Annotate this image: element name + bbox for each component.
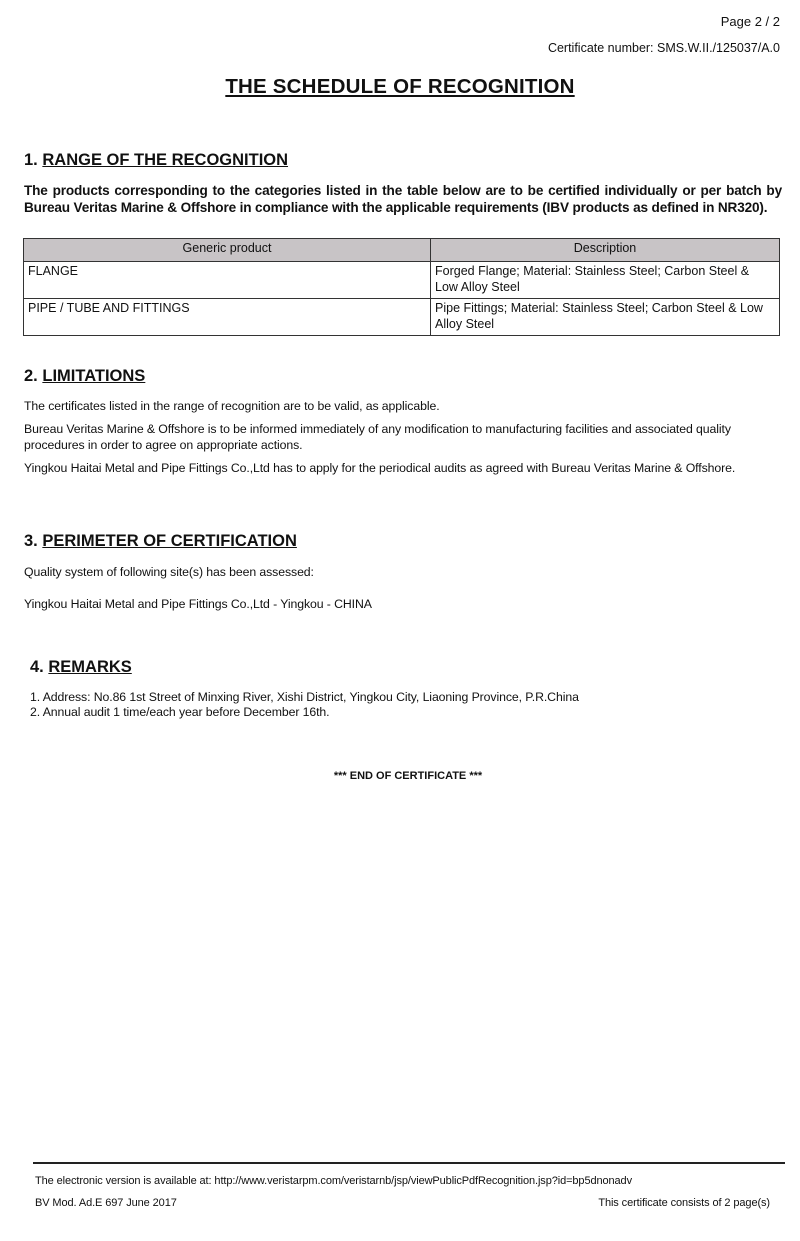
section-4-number: 4. [30,658,48,676]
cell-description: Forged Flange; Material: Stainless Steel… [431,262,780,299]
table-header-row: Generic product Description [24,239,780,262]
column-header-generic-product: Generic product [24,239,431,262]
footer-divider [33,1162,785,1164]
section-1-number: 1. [24,151,42,169]
section-4-title: REMARKS [48,658,131,676]
section-2-heading: 2. LIMITATIONS [24,367,145,386]
cell-generic-product: FLANGE [24,262,431,299]
remark-item: 2. Annual audit 1 time/each year before … [30,705,790,720]
page-count-note: This certificate consists of 2 page(s) [598,1197,770,1209]
section-1-title: RANGE OF THE RECOGNITION [42,151,288,169]
page-number: Page 2 / 2 [721,14,780,29]
form-reference: BV Mod. Ad.E 697 June 2017 [35,1197,177,1209]
section-3-heading: 3. PERIMETER OF CERTIFICATION [24,532,297,551]
column-header-description: Description [431,239,780,262]
section-3-title: PERIMETER OF CERTIFICATION [42,532,297,550]
section-4-heading: 4. REMARKS [30,658,132,677]
section-2-title: LIMITATIONS [42,367,145,385]
table-row: FLANGE Forged Flange; Material: Stainles… [24,262,780,299]
certificate-number: Certificate number: SMS.W.II./125037/A.0 [548,41,780,55]
assessed-site: Yingkou Haitai Metal and Pipe Fittings C… [24,597,784,613]
remark-item: 1. Address: No.86 1st Street of Minxing … [30,690,790,705]
limitation-paragraph: Bureau Veritas Marine & Offshore is to b… [24,422,764,453]
recognition-table: Generic product Description FLANGE Forge… [23,238,780,336]
cell-description: Pipe Fittings; Material: Stainless Steel… [431,299,780,336]
cell-generic-product: PIPE / TUBE AND FITTINGS [24,299,431,336]
section-1-heading: 1. RANGE OF THE RECOGNITION [24,151,288,170]
document-title: THE SCHEDULE OF RECOGNITION [0,75,800,99]
limitation-paragraph: Yingkou Haitai Metal and Pipe Fittings C… [24,461,764,477]
section-1-intro: The products corresponding to the catego… [24,182,782,216]
end-of-certificate: *** END OF CERTIFICATE *** [0,770,800,782]
section-2-number: 2. [24,367,42,385]
perimeter-intro: Quality system of following site(s) has … [24,565,784,581]
table-row: PIPE / TUBE AND FITTINGS Pipe Fittings; … [24,299,780,336]
section-3-number: 3. [24,532,42,550]
electronic-version-link[interactable]: The electronic version is available at: … [35,1175,632,1187]
limitation-paragraph: The certificates listed in the range of … [24,399,784,415]
